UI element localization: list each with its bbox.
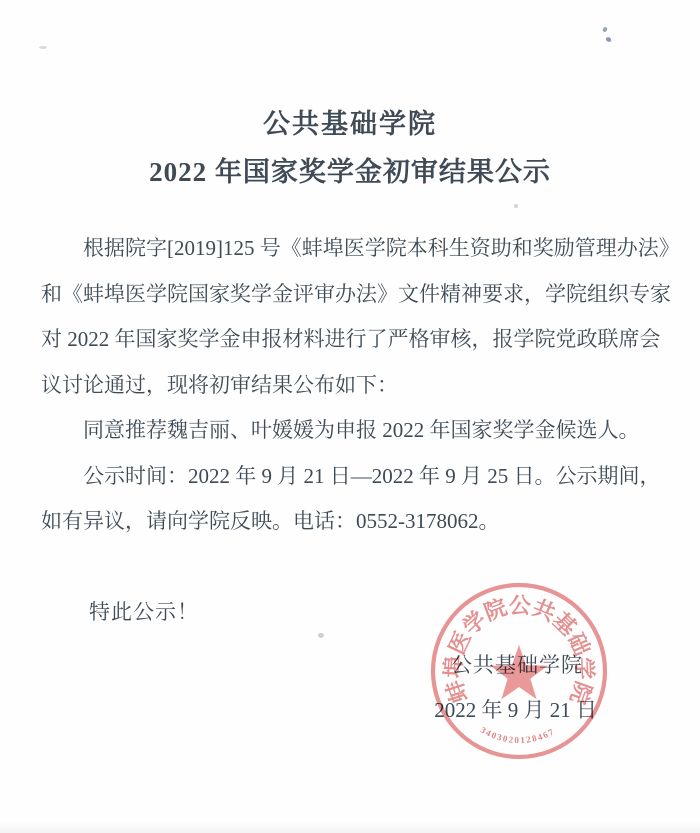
scan-speck [39, 46, 47, 49]
scan-speck [514, 204, 518, 208]
body-line-2: 和《蚌埠医学院国家奖学金评审办法》文件精神要求，学院组织专家 [41, 272, 659, 318]
seal-serial-number: 3403020128467 [479, 725, 557, 745]
body-line-7: 如有异议，请向学院反映。电话：0552-3178062。 [41, 499, 659, 545]
document-page: 公共基础学院 2022 年国家奖学金初审结果公示 根据院字[2019]125 号… [0, 0, 700, 833]
signature-org: 公共基础学院 [451, 649, 583, 679]
body-line-3: 对 2022 年国家奖学金申报材料进行了严格审核，报学院党政联席会 [41, 317, 659, 363]
svg-text:3403020128467: 3403020128467 [479, 725, 557, 745]
document-body: 根据院字[2019]125 号《蚌埠医学院本科生资助和奖励管理办法》 和《蚌埠医… [41, 226, 659, 545]
body-line-1: 根据院字[2019]125 号《蚌埠医学院本科生资助和奖励管理办法》 [41, 226, 659, 272]
scan-speck [318, 633, 324, 638]
body-line-5: 同意推荐魏吉丽、叶媛媛为申报 2022 年国家奖学金候选人。 [41, 408, 659, 454]
scan-speck [602, 26, 608, 32]
body-line-6: 公示时间：2022 年 9 月 21 日—2022 年 9 月 25 日。公示期… [41, 454, 659, 500]
page-title: 公共基础学院 [0, 102, 700, 141]
page-subtitle: 2022 年国家奖学金初审结果公示 [0, 150, 700, 189]
signature-date: 2022 年 9 月 21 日 [434, 694, 597, 724]
closing-statement: 特此公示！ [89, 596, 199, 626]
body-line-4: 议讨论通过，现将初审结果公布如下： [41, 363, 659, 409]
scan-speck [605, 36, 611, 42]
